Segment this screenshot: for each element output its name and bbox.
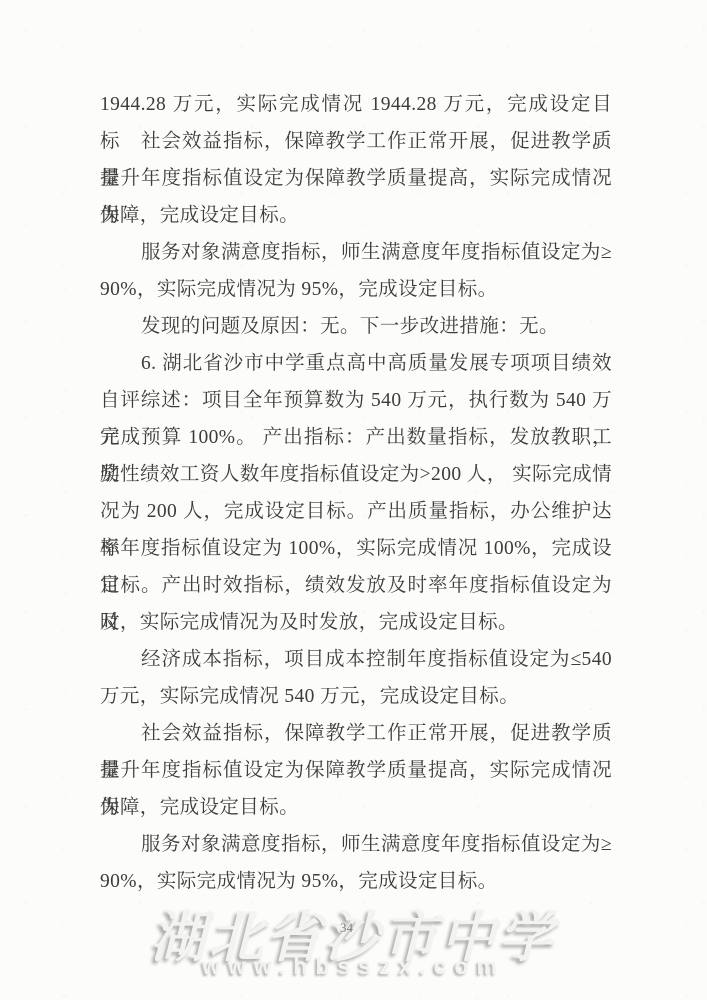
- text-line: 服务对象满意度指标，师生满意度年度指标值设定为≥: [100, 826, 612, 863]
- text-line: 社会效益指标，保障教学工作正常开展，促进教学质量: [100, 715, 612, 752]
- text-line: 90%，实际完成情况为 95%，完成设定目标。: [100, 863, 612, 900]
- text-line: 保障，完成设定目标。: [100, 197, 612, 234]
- text-line: 提升年度指标值设定为保障教学质量提高，实际完成情况为: [100, 160, 612, 197]
- watermark-url: www.hbsszx.com: [0, 953, 707, 980]
- text-line: 万元，实际完成情况 540 万元，完成设定目标。: [100, 678, 612, 715]
- document-page: 1944.28 万元，实际完成情况 1944.28 万元，完成设定目标。社会效益…: [0, 0, 707, 1000]
- document-text: 1944.28 万元，实际完成情况 1944.28 万元，完成设定目标。社会效益…: [100, 86, 612, 900]
- text-line: 保障，完成设定目标。: [100, 789, 612, 826]
- text-line: 90%，实际完成情况为 95%，完成设定目标。: [100, 271, 612, 308]
- text-line: 励性绩效工资人数年度指标值设定为>200 人， 实际完成情: [100, 456, 612, 493]
- text-line: 服务对象满意度指标，师生满意度年度指标值设定为≥: [100, 234, 612, 271]
- text-line: 时，实际完成情况为及时发放，完成设定目标。: [100, 604, 612, 641]
- text-line: 发现的问题及原因：无。下一步改进措施：无。: [100, 308, 612, 345]
- text-line: 率年度指标值设定为 100%，实际完成情况 100%，完成设定: [100, 530, 612, 567]
- text-line: 完成预算 100%。 产出指标：产出数量指标，发放教职工奖: [100, 419, 612, 456]
- text-line: 自评综述：项目全年预算数为 540 万元，执行数为 540 万元，: [100, 382, 612, 419]
- text-line: 6. 湖北省沙市中学重点高中高质量发展专项项目绩效: [100, 345, 612, 382]
- text-line: 经济成本指标，项目成本控制年度指标值设定为≤540: [100, 641, 612, 678]
- text-line: 提升年度指标值设定为保障教学质量提高，实际完成情况为: [100, 752, 612, 789]
- text-line: 社会效益指标，保障教学工作正常开展，促进教学质量: [100, 123, 612, 160]
- page-number: 34: [0, 920, 693, 936]
- text-line: 1944.28 万元，实际完成情况 1944.28 万元，完成设定目标。: [100, 86, 612, 123]
- text-line: 况为 200 人，完成设定目标。产出质量指标，办公维护达标: [100, 493, 612, 530]
- text-line: 目标。产出时效指标，绩效发放及时率年度指标值设定为及: [100, 567, 612, 604]
